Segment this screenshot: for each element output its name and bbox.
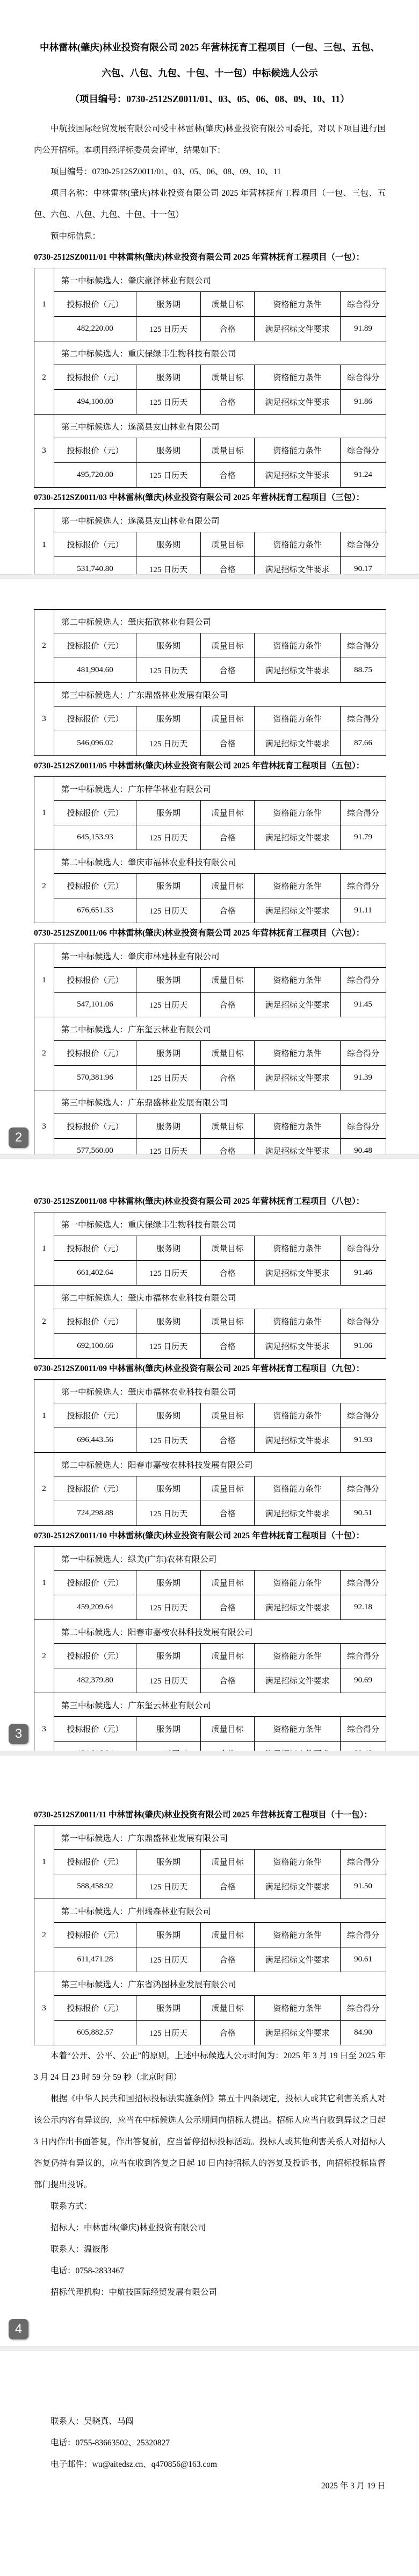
service-period-value: 125 日历天 <box>136 1501 201 1526</box>
score-value: 88.75 <box>341 658 386 683</box>
col-header-qualification: 资格能力条件 <box>255 707 341 731</box>
qualification-value: 满足招标文件要求 <box>255 1261 341 1286</box>
candidate-header-row: 投标报价（元）服务期质量目标资格能力条件综合得分 <box>34 1309 386 1334</box>
table-body: 2第二中标候选人：肇庆拓欣林业有限公司投标报价（元）服务期质量目标资格能力条件综… <box>34 610 386 756</box>
score-value: 90.51 <box>341 1501 386 1526</box>
table-body: 1第一中标候选人：绿美(广东)农林有限公司投标报价（元）服务期质量目标资格能力条… <box>34 1547 386 1751</box>
score-value: 91.45 <box>341 993 386 1017</box>
quality-target-value: 合格 <box>201 825 255 850</box>
paragraph: 中航技国际经贸发展有限公司受中林雷林(肇庆)林业投资有限公司委托，对以下项目进行… <box>34 118 386 161</box>
score-value: 90.17 <box>341 557 386 575</box>
col-header-quality-target: 质量目标 <box>201 438 255 463</box>
score-value: 91.24 <box>341 463 386 488</box>
paragraph: 项目编号：0730-2512SZ0011/01、03、05、06、08、09、1… <box>34 161 386 183</box>
candidate-name-row: 3第三中标候选人：广东鼎盛林业发展有限公司 <box>34 683 386 707</box>
col-header-score: 综合得分 <box>341 438 386 463</box>
col-header-qualification: 资格能力条件 <box>255 1476 341 1501</box>
col-header-bid-price: 投标报价（元） <box>54 532 136 557</box>
col-header-bid-price: 投标报价（元） <box>54 365 136 390</box>
col-header-score: 综合得分 <box>341 1644 386 1668</box>
candidate-name-row: 1第一中标候选人：广东鼎盛林业发展有限公司 <box>34 1826 386 1850</box>
candidate-rank: 2 <box>34 1017 54 1090</box>
col-header-quality-target: 质量目标 <box>201 1850 255 1874</box>
candidate-header-row: 投标报价（元）服务期质量目标资格能力条件综合得分 <box>34 1041 386 1066</box>
col-header-quality-target: 质量目标 <box>201 1996 255 2021</box>
candidate-value-row: 605,882.57125 日历天合格满足招标文件要求84.90 <box>34 2021 386 2045</box>
bid-price-value: 611,471.28 <box>54 1947 136 1972</box>
candidate-name-row: 1第一中标候选人：遂溪县友山林业有限公司 <box>34 509 386 532</box>
candidate-header-row: 投标报价（元）服务期质量目标资格能力条件综合得分 <box>34 1996 386 2021</box>
candidate-name: 第二中标候选人：肇庆拓欣林业有限公司 <box>54 610 386 633</box>
paragraph: 本着“公开、公平、公正”的原则，上述中标候选人公示时间为：2025 年 3 月 … <box>34 2045 386 2088</box>
col-header-qualification: 资格能力条件 <box>255 438 341 463</box>
candidate-value-row: 645,153.93125 日历天合格满足招标文件要求91.79 <box>34 825 386 850</box>
col-header-bid-price: 投标报价（元） <box>54 1850 136 1874</box>
col-header-service-period: 服务期 <box>136 532 201 557</box>
candidate-name: 第二中标候选人：肇庆市福林农业科技有限公司 <box>54 850 386 874</box>
score-value: 90.48 <box>341 1742 386 1751</box>
quality-target-value: 合格 <box>201 1874 255 1899</box>
candidate-rank: 1 <box>34 1380 54 1453</box>
candidate-rank: 3 <box>34 415 54 488</box>
col-header-qualification: 资格能力条件 <box>255 1309 341 1334</box>
candidate-header-row: 投标报价（元）服务期质量目标资格能力条件综合得分 <box>34 1476 386 1501</box>
col-header-qualification: 资格能力条件 <box>255 1996 341 2021</box>
service-period-value: 125 日历天 <box>136 317 201 341</box>
col-header-service-period: 服务期 <box>136 1041 201 1066</box>
qualification-value: 满足招标文件要求 <box>255 1428 341 1453</box>
candidate-value-row: 588,458.92125 日历天合格满足招标文件要求91.50 <box>34 1874 386 1899</box>
candidate-header-row: 投标报价（元）服务期质量目标资格能力条件综合得分 <box>34 1923 386 1947</box>
col-header-service-period: 服务期 <box>136 1644 201 1668</box>
candidate-name-row: 2第二中标候选人：广东玺云林业有限公司 <box>34 1017 386 1041</box>
candidate-value-row: 482,220.00125 日历天合格满足招标文件要求91.89 <box>34 317 386 341</box>
quality-target-value: 合格 <box>201 390 255 415</box>
candidate-rank: 1 <box>34 777 54 850</box>
col-header-service-period: 服务期 <box>136 1717 201 1742</box>
col-header-service-period: 服务期 <box>136 1923 201 1947</box>
col-header-score: 综合得分 <box>341 1403 386 1428</box>
qualification-value: 满足招标文件要求 <box>255 825 341 850</box>
service-period-value: 125 日历天 <box>136 463 201 488</box>
candidate-name: 第二中标候选人：重庆保绿丰生物科技有限公司 <box>54 341 386 365</box>
bid-price-value: 577,560.00 <box>54 1139 136 1155</box>
score-value: 90.48 <box>341 1139 386 1155</box>
candidate-value-row: 459,209.64125 日历天合格满足招标文件要求92.18 <box>34 1595 386 1620</box>
col-header-score: 综合得分 <box>341 1041 386 1066</box>
service-period-value: 125 日历天 <box>136 1595 201 1620</box>
candidate-header-row: 投标报价（元）服务期质量目标资格能力条件综合得分 <box>34 292 386 317</box>
col-header-bid-price: 投标报价（元） <box>54 1309 136 1334</box>
candidate-value-row: 611,471.28125 日历天合格满足招标文件要求90.61 <box>34 1947 386 1972</box>
candidate-name-row: 1第一中标候选人：绿美(广东)农林有限公司 <box>34 1547 386 1571</box>
section-header-3: 0730-2512SZ0011/06 中林雷林(肇庆)林业投资有限公司 2025… <box>34 925 386 941</box>
candidate-name: 第三中标候选人：遂溪县友山林业有限公司 <box>54 415 386 438</box>
section-header-0: 0730-2512SZ0011/01 中林雷林(肇庆)林业投资有限公司 2025… <box>34 249 386 266</box>
candidate-header-row: 投标报价（元）服务期质量目标资格能力条件综合得分 <box>34 1717 386 1742</box>
bid-price-value: 724,298.88 <box>54 1501 136 1526</box>
bid-price-value: 645,153.93 <box>54 825 136 850</box>
col-header-bid-price: 投标报价（元） <box>54 1041 136 1066</box>
bid-price-value: 696,443.56 <box>54 1428 136 1453</box>
quality-target-value: 合格 <box>201 463 255 488</box>
quality-target-value: 合格 <box>201 1742 255 1751</box>
quality-target-value: 合格 <box>201 1139 255 1155</box>
col-header-score: 综合得分 <box>341 1114 386 1139</box>
candidate-name-row: 3第三中标候选人：遂溪县友山林业有限公司 <box>34 415 386 438</box>
candidate-header-row: 投标报价（元）服务期质量目标资格能力条件综合得分 <box>34 968 386 993</box>
candidate-value-row: 676,651.33125 日历天合格满足招标文件要求91.11 <box>34 898 386 923</box>
candidate-header-row: 投标报价（元）服务期质量目标资格能力条件综合得分 <box>34 707 386 731</box>
candidate-name: 第一中标候选人：肇庆市福林农业科技有限公司 <box>54 1380 386 1403</box>
service-period-value: 125 日历天 <box>136 1947 201 1972</box>
col-header-qualification: 资格能力条件 <box>255 801 341 825</box>
paragraph: 项目名称：中林雷林(肇庆)林业投资有限公司 2025 年营林抚育工程项目（一包、… <box>34 183 386 226</box>
candidate-rank: 1 <box>34 509 54 575</box>
service-period-value: 125 日历天 <box>136 658 201 683</box>
quality-target-value: 合格 <box>201 557 255 575</box>
col-header-quality-target: 质量目标 <box>201 801 255 825</box>
candidate-value-row: 724,298.88125 日历天合格满足招标文件要求90.51 <box>34 1501 386 1526</box>
score-value: 87.66 <box>341 731 386 756</box>
col-header-bid-price: 投标报价（元） <box>54 1717 136 1742</box>
col-header-qualification: 资格能力条件 <box>255 292 341 317</box>
col-header-service-period: 服务期 <box>136 292 201 317</box>
col-header-service-period: 服务期 <box>136 874 201 898</box>
section-header-7: 0730-2512SZ0011/11 中林雷林(肇庆)林业投资有限公司 2025… <box>34 1807 386 1823</box>
bid-price-value: 482,220.00 <box>54 317 136 341</box>
service-period-value: 125 日历天 <box>136 1742 201 1751</box>
document-title-line-2: 六包、八包、九包、十包、十一包）中标候选人公示 <box>34 60 386 86</box>
col-header-quality-target: 质量目标 <box>201 1923 255 1947</box>
bid-price-value: 495,720.00 <box>54 463 136 488</box>
col-header-quality-target: 质量目标 <box>201 365 255 390</box>
col-header-quality-target: 质量目标 <box>201 1403 255 1428</box>
col-header-qualification: 资格能力条件 <box>255 1850 341 1874</box>
candidate-name-row: 2第二中标候选人：阳春市嘉桉农林科技发展有限公司 <box>34 1453 386 1476</box>
candidate-name-row: 1第一中标候选人：肇庆豪泽林业有限公司 <box>34 268 386 292</box>
candidates-table-section-6: 1第一中标候选人：绿美(广东)农林有限公司投标报价（元）服务期质量目标资格能力条… <box>34 1546 386 1751</box>
bid-price-value: 588,458.92 <box>54 1874 136 1899</box>
col-header-service-period: 服务期 <box>136 1309 201 1334</box>
candidate-value-row: 531,740.80125 日历天合格满足招标文件要求90.17 <box>34 557 386 575</box>
candidate-value-row: 546,096.02125 日历天合格满足招标文件要求87.66 <box>34 731 386 756</box>
service-period-value: 125 日历天 <box>136 1066 201 1090</box>
candidate-name-row: 2第二中标候选人：阳春市嘉桉农林科技发展有限公司 <box>34 1620 386 1644</box>
candidate-name: 第一中标候选人：广东鼎盛林业发展有限公司 <box>54 1826 386 1850</box>
contact-line: 联系人：吴晓真、马闯 <box>34 2411 386 2432</box>
col-header-service-period: 服务期 <box>136 1996 201 2021</box>
candidates-table-section-1: 1第一中标候选人：遂溪县友山林业有限公司投标报价（元）服务期质量目标资格能力条件… <box>34 508 386 574</box>
candidate-rank: 2 <box>34 1286 54 1359</box>
bid-price-value: 484,046.94 <box>54 1742 136 1751</box>
qualification-value: 满足招标文件要求 <box>255 1742 341 1751</box>
col-header-qualification: 资格能力条件 <box>255 1571 341 1595</box>
qualification-value: 满足招标文件要求 <box>255 1334 341 1359</box>
qualification-value: 满足招标文件要求 <box>255 317 341 341</box>
candidate-rank: 3 <box>34 1090 54 1155</box>
col-header-service-period: 服务期 <box>136 365 201 390</box>
col-header-score: 综合得分 <box>341 1923 386 1947</box>
col-header-service-period: 服务期 <box>136 438 201 463</box>
col-header-qualification: 资格能力条件 <box>255 532 341 557</box>
page-number-badge: 2 <box>9 1128 28 1148</box>
page-gap <box>0 2346 419 2351</box>
candidate-rank: 1 <box>34 1826 54 1899</box>
candidate-value-row: 570,381.96125 日历天合格满足招标文件要求91.39 <box>34 1066 386 1090</box>
candidate-name-row: 1第一中标候选人：肇庆市福林农业科技有限公司 <box>34 1380 386 1403</box>
col-header-quality-target: 质量目标 <box>201 292 255 317</box>
candidate-name-row: 2第二中标候选人：肇庆市福林农业科技有限公司 <box>34 1286 386 1309</box>
col-header-score: 综合得分 <box>341 874 386 898</box>
col-header-score: 综合得分 <box>341 1996 386 2021</box>
candidate-value-row: 494,100.00125 日历天合格满足招标文件要求91.86 <box>34 390 386 415</box>
qualification-value: 满足招标文件要求 <box>255 898 341 923</box>
col-header-quality-target: 质量目标 <box>201 1236 255 1261</box>
service-period-value: 125 日历天 <box>136 825 201 850</box>
candidate-rank: 3 <box>34 683 54 756</box>
section-header-4: 0730-2512SZ0011/08 中林雷林(肇庆)林业投资有限公司 2025… <box>34 1194 386 1210</box>
candidate-name: 第三中标候选人：广东玺云林业有限公司 <box>54 1693 386 1717</box>
quality-target-value: 合格 <box>201 1501 255 1526</box>
col-header-quality-target: 质量目标 <box>201 874 255 898</box>
candidate-value-row: 482,379.80125 日历天合格满足招标文件要求90.69 <box>34 1668 386 1693</box>
quality-target-value: 合格 <box>201 1334 255 1359</box>
candidate-header-row: 投标报价（元）服务期质量目标资格能力条件综合得分 <box>34 1236 386 1261</box>
qualification-value: 满足招标文件要求 <box>255 1947 341 1972</box>
page-gap <box>0 1154 419 1159</box>
page-number-badge: 3 <box>9 1724 28 1744</box>
table-body: 1第一中标候选人：肇庆市福林农业科技有限公司投标报价（元）服务期质量目标资格能力… <box>34 1380 386 1526</box>
quality-target-value: 合格 <box>201 1668 255 1693</box>
document-page-1: 中林雷林(肇庆)林业投资有限公司 2025 年营林抚育工程项目（一包、三包、五包… <box>0 0 419 574</box>
col-header-bid-price: 投标报价（元） <box>54 1236 136 1261</box>
col-header-service-period: 服务期 <box>136 1571 201 1595</box>
page-gap <box>0 574 419 579</box>
col-header-service-period: 服务期 <box>136 801 201 825</box>
service-period-value: 125 日历天 <box>136 993 201 1017</box>
candidate-name: 第二中标候选人：阳春市嘉桉农林科技发展有限公司 <box>54 1453 386 1476</box>
quality-target-value: 合格 <box>201 2021 255 2045</box>
candidate-rank: 3 <box>34 1693 54 1751</box>
col-header-score: 综合得分 <box>341 801 386 825</box>
contact-line: 电话：0755-83663502、25320827 <box>34 2432 386 2454</box>
col-header-service-period: 服务期 <box>136 1114 201 1139</box>
page-gap <box>0 1751 419 1756</box>
candidate-header-row: 投标报价（元）服务期质量目标资格能力条件综合得分 <box>34 633 386 658</box>
qualification-value: 满足招标文件要求 <box>255 993 341 1017</box>
quality-target-value: 合格 <box>201 993 255 1017</box>
service-period-value: 125 日历天 <box>136 1668 201 1693</box>
qualification-value: 满足招标文件要求 <box>255 1501 341 1526</box>
candidate-name-row: 2第二中标候选人：广州瑞森林业有限公司 <box>34 1899 386 1923</box>
col-header-score: 综合得分 <box>341 707 386 731</box>
col-header-quality-target: 质量目标 <box>201 633 255 658</box>
qualification-value: 满足招标文件要求 <box>255 463 341 488</box>
qualification-value: 满足招标文件要求 <box>255 1139 341 1155</box>
candidate-name: 第二中标候选人：广州瑞森林业有限公司 <box>54 1899 386 1923</box>
service-period-value: 125 日历天 <box>136 1874 201 1899</box>
col-header-quality-target: 质量目标 <box>201 968 255 993</box>
document-title-line-3: （项目编号：0730-2512SZ0011/01、03、05、06、08、09、… <box>34 86 386 112</box>
col-header-qualification: 资格能力条件 <box>255 1236 341 1261</box>
document-page-3: 0730-2512SZ0011/08 中林雷林(肇庆)林业投资有限公司 2025… <box>0 1159 419 1751</box>
section-header-6: 0730-2512SZ0011/10 中林雷林(肇庆)林业投资有限公司 2025… <box>34 1528 386 1544</box>
col-header-score: 综合得分 <box>341 968 386 993</box>
col-header-score: 综合得分 <box>341 1309 386 1334</box>
candidate-name: 第二中标候选人：广东玺云林业有限公司 <box>54 1017 386 1041</box>
qualification-value: 满足招标文件要求 <box>255 1874 341 1899</box>
score-value: 91.50 <box>341 1874 386 1899</box>
contact-line: 电话：0758-2833467 <box>34 2260 386 2282</box>
service-period-value: 125 日历天 <box>136 1334 201 1359</box>
table-body: 1第一中标候选人：广东梓华林业有限公司投标报价（元）服务期质量目标资格能力条件综… <box>34 777 386 923</box>
col-header-bid-price: 投标报价（元） <box>54 633 136 658</box>
col-header-bid-price: 投标报价（元） <box>54 1644 136 1668</box>
col-header-qualification: 资格能力条件 <box>255 1114 341 1139</box>
col-header-service-period: 服务期 <box>136 1236 201 1261</box>
service-period-value: 125 日历天 <box>136 898 201 923</box>
document-page-2: 2第二中标候选人：肇庆拓欣林业有限公司投标报价（元）服务期质量目标资格能力条件综… <box>0 579 419 1154</box>
col-header-quality-target: 质量目标 <box>201 1571 255 1595</box>
candidate-name-row: 2第二中标候选人：肇庆拓欣林业有限公司 <box>34 610 386 633</box>
col-header-qualification: 资格能力条件 <box>255 1403 341 1428</box>
candidate-value-row: 481,904.60125 日历天合格满足招标文件要求88.75 <box>34 658 386 683</box>
candidate-name: 第三中标候选人：广东鼎盛林业发展有限公司 <box>54 1090 386 1114</box>
col-header-quality-target: 质量目标 <box>201 707 255 731</box>
candidate-name-row: 3第三中标候选人：广东鼎盛林业发展有限公司 <box>34 1090 386 1114</box>
document-page-4: 0730-2512SZ0011/11 中林雷林(肇庆)林业投资有限公司 2025… <box>0 1756 419 2346</box>
candidates-table-section-7: 1第一中标候选人：广东鼎盛林业发展有限公司投标报价（元）服务期质量目标资格能力条… <box>34 1825 386 2045</box>
page-number-badge: 4 <box>9 2319 28 2339</box>
candidate-name: 第一中标候选人：重庆保绿丰生物科技有限公司 <box>54 1212 386 1236</box>
candidate-rank: 2 <box>34 1620 54 1693</box>
score-value: 91.11 <box>341 898 386 923</box>
candidates-table-section-1: 2第二中标候选人：肇庆拓欣林业有限公司投标报价（元）服务期质量目标资格能力条件综… <box>34 609 386 756</box>
table-body: 1第一中标候选人：肇庆豪泽林业有限公司投标报价（元）服务期质量目标资格能力条件综… <box>34 268 386 488</box>
qualification-value: 满足招标文件要求 <box>255 731 341 756</box>
candidates-table-section-2: 1第一中标候选人：广东梓华林业有限公司投标报价（元）服务期质量目标资格能力条件综… <box>34 776 386 923</box>
candidate-rank: 1 <box>34 944 54 1017</box>
score-value: 91.89 <box>341 317 386 341</box>
col-header-bid-price: 投标报价（元） <box>54 874 136 898</box>
candidate-name-row: 1第一中标候选人：重庆保绿丰生物科技有限公司 <box>34 1212 386 1236</box>
candidates-table-section-4: 1第一中标候选人：重庆保绿丰生物科技有限公司投标报价（元）服务期质量目标资格能力… <box>34 1212 386 1359</box>
col-header-qualification: 资格能力条件 <box>255 1644 341 1668</box>
service-period-value: 125 日历天 <box>136 557 201 575</box>
qualification-value: 满足招标文件要求 <box>255 1595 341 1620</box>
col-header-score: 综合得分 <box>341 1571 386 1595</box>
candidate-name-row: 1第一中标候选人：广东梓华林业有限公司 <box>34 777 386 801</box>
candidate-header-row: 投标报价（元）服务期质量目标资格能力条件综合得分 <box>34 1644 386 1668</box>
candidate-header-row: 投标报价（元）服务期质量目标资格能力条件综合得分 <box>34 874 386 898</box>
col-header-score: 综合得分 <box>341 1850 386 1874</box>
col-header-bid-price: 投标报价（元） <box>54 707 136 731</box>
candidate-name: 第二中标候选人：肇庆市福林农业科技有限公司 <box>54 1286 386 1309</box>
paragraph: 根据《中华人民共和国招标投标法实施条例》第五十四条规定，投标人或其它利害关系人对… <box>34 2088 386 2196</box>
col-header-qualification: 资格能力条件 <box>255 968 341 993</box>
candidate-rank: 1 <box>34 1212 54 1286</box>
candidate-value-row: 577,560.00125 日历天合格满足招标文件要求90.48 <box>34 1139 386 1155</box>
candidate-name-row: 3第三中标候选人：广东玺云林业有限公司 <box>34 1693 386 1717</box>
table-body: 1第一中标候选人：重庆保绿丰生物科技有限公司投标报价（元）服务期质量目标资格能力… <box>34 1212 386 1359</box>
candidate-value-row: 495,720.00125 日历天合格满足招标文件要求91.24 <box>34 463 386 488</box>
candidate-header-row: 投标报价（元）服务期质量目标资格能力条件综合得分 <box>34 532 386 557</box>
candidate-name: 第一中标候选人：肇庆豪泽林业有限公司 <box>54 268 386 292</box>
spacer <box>34 112 386 118</box>
candidate-name: 第三中标候选人：广东省鸿图林业发展有限公司 <box>54 1972 386 1996</box>
col-header-score: 综合得分 <box>341 1717 386 1742</box>
bid-price-value: 459,209.64 <box>54 1595 136 1620</box>
qualification-value: 满足招标文件要求 <box>255 390 341 415</box>
candidate-header-row: 投标报价（元）服务期质量目标资格能力条件综合得分 <box>34 1114 386 1139</box>
document-title-line-1: 中林雷林(肇庆)林业投资有限公司 2025 年营林抚育工程项目（一包、三包、五包… <box>34 34 386 60</box>
col-header-quality-target: 质量目标 <box>201 1309 255 1334</box>
score-value: 90.61 <box>341 1947 386 1972</box>
candidate-value-row: 484,046.94125 日历天合格满足招标文件要求90.48 <box>34 1742 386 1751</box>
candidate-rank: 1 <box>34 1547 54 1620</box>
service-period-value: 125 日历天 <box>136 1261 201 1286</box>
col-header-qualification: 资格能力条件 <box>255 633 341 658</box>
score-value: 92.18 <box>341 1595 386 1620</box>
candidate-name-row: 1第一中标候选人：肇庆市林建林业有限公司 <box>34 944 386 968</box>
candidate-name-row: 3第三中标候选人：广东省鸿图林业发展有限公司 <box>34 1972 386 1996</box>
service-period-value: 125 日历天 <box>136 1428 201 1453</box>
col-header-service-period: 服务期 <box>136 633 201 658</box>
col-header-quality-target: 质量目标 <box>201 532 255 557</box>
candidate-header-row: 投标报价（元）服务期质量目标资格能力条件综合得分 <box>34 801 386 825</box>
bid-price-value: 531,740.80 <box>54 557 136 575</box>
col-header-qualification: 资格能力条件 <box>255 1717 341 1742</box>
col-header-quality-target: 质量目标 <box>201 1476 255 1501</box>
service-period-value: 125 日历天 <box>136 731 201 756</box>
bid-price-value: 661,402.64 <box>54 1261 136 1286</box>
score-value: 84.90 <box>341 2021 386 2045</box>
candidate-name: 第二中标候选人：阳春市嘉桉农林科技发展有限公司 <box>54 1620 386 1644</box>
score-value: 91.06 <box>341 1334 386 1359</box>
col-header-score: 综合得分 <box>341 1476 386 1501</box>
candidates-table-section-3: 1第一中标候选人：肇庆市林建林业有限公司投标报价（元）服务期质量目标资格能力条件… <box>34 944 386 1154</box>
col-header-score: 综合得分 <box>341 532 386 557</box>
qualification-value: 满足招标文件要求 <box>255 1668 341 1693</box>
col-header-qualification: 资格能力条件 <box>255 1041 341 1066</box>
candidate-header-row: 投标报价（元）服务期质量目标资格能力条件综合得分 <box>34 365 386 390</box>
candidate-rank: 2 <box>34 1453 54 1526</box>
qualification-value: 满足招标文件要求 <box>255 2021 341 2045</box>
col-header-service-period: 服务期 <box>136 707 201 731</box>
candidates-table-section-5: 1第一中标候选人：肇庆市福林农业科技有限公司投标报价（元）服务期质量目标资格能力… <box>34 1379 386 1526</box>
col-header-qualification: 资格能力条件 <box>255 1923 341 1947</box>
quality-target-value: 合格 <box>201 731 255 756</box>
col-header-score: 综合得分 <box>341 292 386 317</box>
quality-target-value: 合格 <box>201 1066 255 1090</box>
qualification-value: 满足招标文件要求 <box>255 1066 341 1090</box>
col-header-score: 综合得分 <box>341 633 386 658</box>
col-header-quality-target: 质量目标 <box>201 1644 255 1668</box>
candidate-rank: 1 <box>34 268 54 341</box>
candidate-name: 第一中标候选人：肇庆市林建林业有限公司 <box>54 944 386 968</box>
candidate-value-row: 547,101.06125 日历天合格满足招标文件要求91.45 <box>34 993 386 1017</box>
bid-price-value: 481,904.60 <box>54 658 136 683</box>
bid-price-value: 605,882.57 <box>54 2021 136 2045</box>
col-header-bid-price: 投标报价（元） <box>54 1114 136 1139</box>
col-header-bid-price: 投标报价（元） <box>54 968 136 993</box>
col-header-bid-price: 投标报价（元） <box>54 1571 136 1595</box>
col-header-bid-price: 投标报价（元） <box>54 1403 136 1428</box>
col-header-quality-target: 质量目标 <box>201 1041 255 1066</box>
bid-price-value: 547,101.06 <box>54 993 136 1017</box>
section-header-1: 0730-2512SZ0011/03 中林雷林(肇庆)林业投资有限公司 2025… <box>34 490 386 506</box>
